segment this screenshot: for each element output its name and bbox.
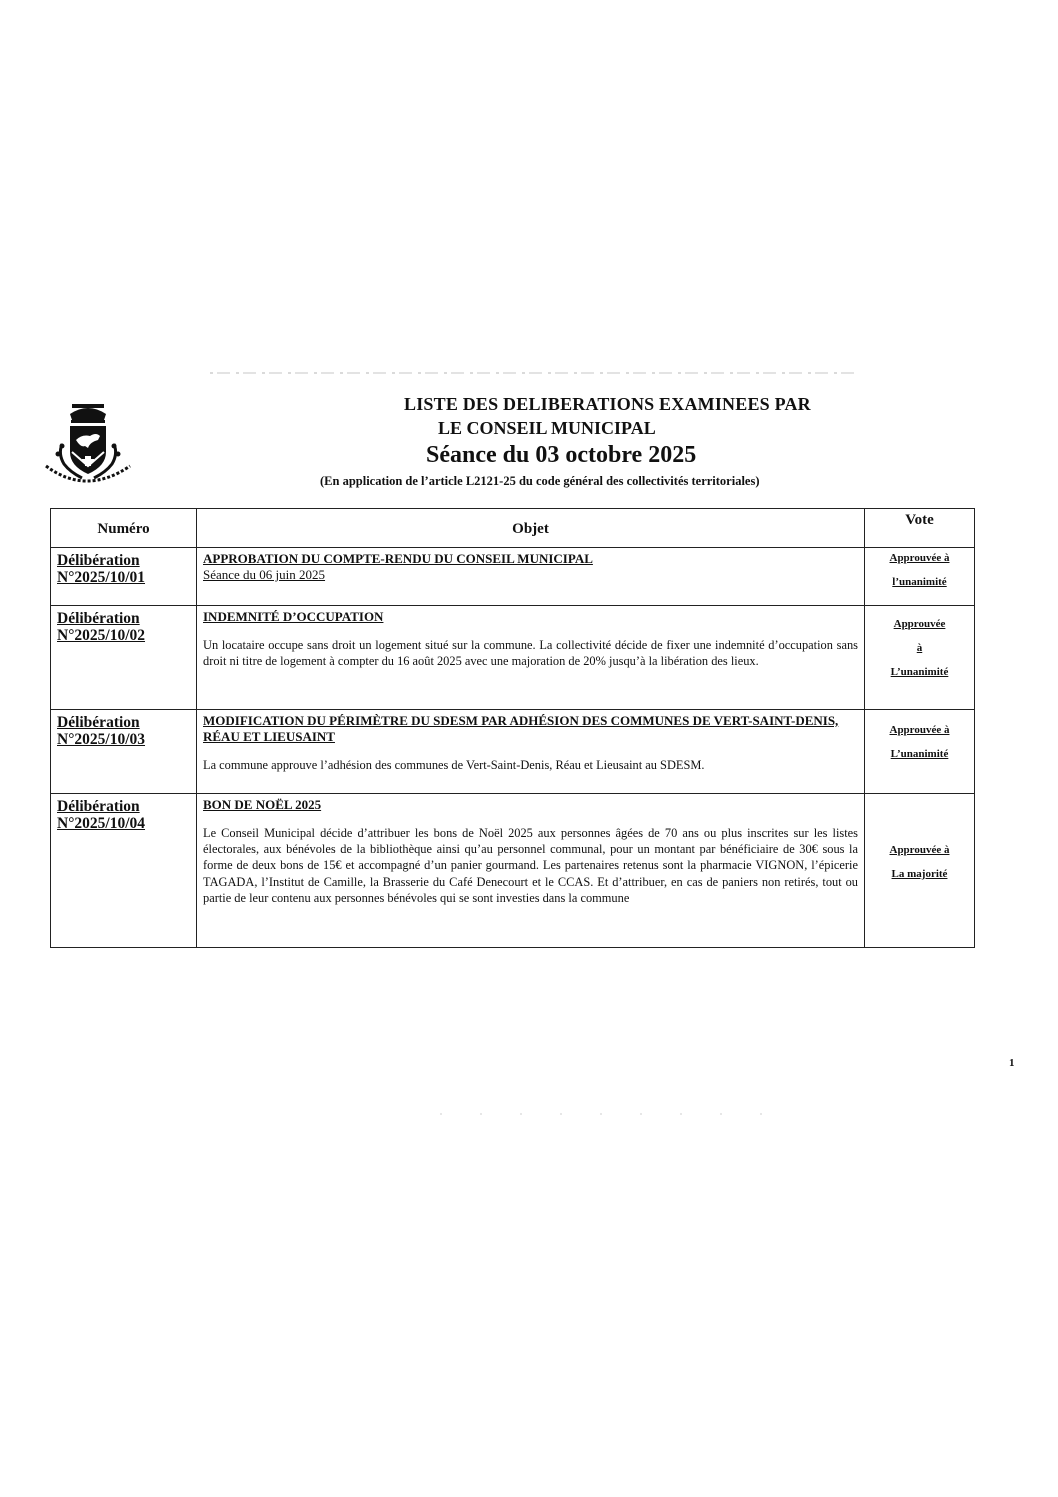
document-title-line1: LISTE DES DELIBERATIONS EXAMINEES PAR — [404, 394, 811, 415]
deliberation-number: Délibération N°2025/10/03 — [51, 710, 197, 794]
deliberation-object: APPROBATION DU COMPTE-RENDU DU CONSEIL M… — [197, 548, 865, 606]
header-numero: Numéro — [51, 509, 197, 548]
table-header-row: Numéro Objet Vote — [51, 509, 975, 548]
table-row: Délibération N°2025/10/03 MODIFICATION D… — [51, 710, 975, 794]
table-row: Délibération N°2025/10/01 APPROBATION DU… — [51, 548, 975, 606]
vote-result: Approuvée à L’unanimité — [865, 710, 975, 794]
object-title: BON DE NOËL 2025 — [203, 797, 858, 813]
object-title: APPROBATION DU COMPTE-RENDU DU CONSEIL M… — [203, 551, 858, 567]
deliberation-object: MODIFICATION DU PÉRIMÈTRE DU SDESM PAR A… — [197, 710, 865, 794]
table-row: Délibération N°2025/10/04 BON DE NOËL 20… — [51, 794, 975, 948]
vote-result: Approuvée à La majorité — [865, 794, 975, 948]
deliberations-table: Numéro Objet Vote Délibération N°2025/10… — [50, 508, 975, 948]
header-objet: Objet — [197, 509, 865, 548]
seance-date: Séance du 03 octobre 2025 — [426, 442, 696, 469]
coat-of-arms-icon — [38, 400, 138, 488]
vote-result: Approuvée à L’unanimité — [865, 606, 975, 710]
header-vote: Vote — [865, 509, 975, 548]
deliberation-object: INDEMNITÉ D’OCCUPATION Un locataire occu… — [197, 606, 865, 710]
table-row: Délibération N°2025/10/02 INDEMNITÉ D’OC… — [51, 606, 975, 710]
document-title-line2: LE CONSEIL MUNICIPAL — [438, 418, 656, 439]
vote-result: Approuvée à l’unanimité — [865, 548, 975, 606]
scan-artifact-top — [210, 372, 860, 374]
object-title: MODIFICATION DU PÉRIMÈTRE DU SDESM PAR A… — [203, 713, 858, 745]
object-description: La commune approuve l’adhésion des commu… — [203, 757, 858, 773]
deliberation-number: Délibération N°2025/10/04 — [51, 794, 197, 948]
page-number: 1 — [1009, 1057, 1015, 1069]
object-description: Le Conseil Municipal décide d’attribuer … — [203, 825, 858, 906]
legal-reference: (En application de l’article L2121-25 du… — [320, 474, 760, 489]
object-subtitle: Séance du 06 juin 2025 — [203, 567, 858, 583]
scan-artifact-bottom — [440, 1113, 770, 1115]
deliberation-number: Délibération N°2025/10/01 — [51, 548, 197, 606]
deliberation-object: BON DE NOËL 2025 Le Conseil Municipal dé… — [197, 794, 865, 948]
deliberation-number: Délibération N°2025/10/02 — [51, 606, 197, 710]
object-description: Un locataire occupe sans droit un logeme… — [203, 637, 858, 669]
object-title: INDEMNITÉ D’OCCUPATION — [203, 609, 858, 625]
